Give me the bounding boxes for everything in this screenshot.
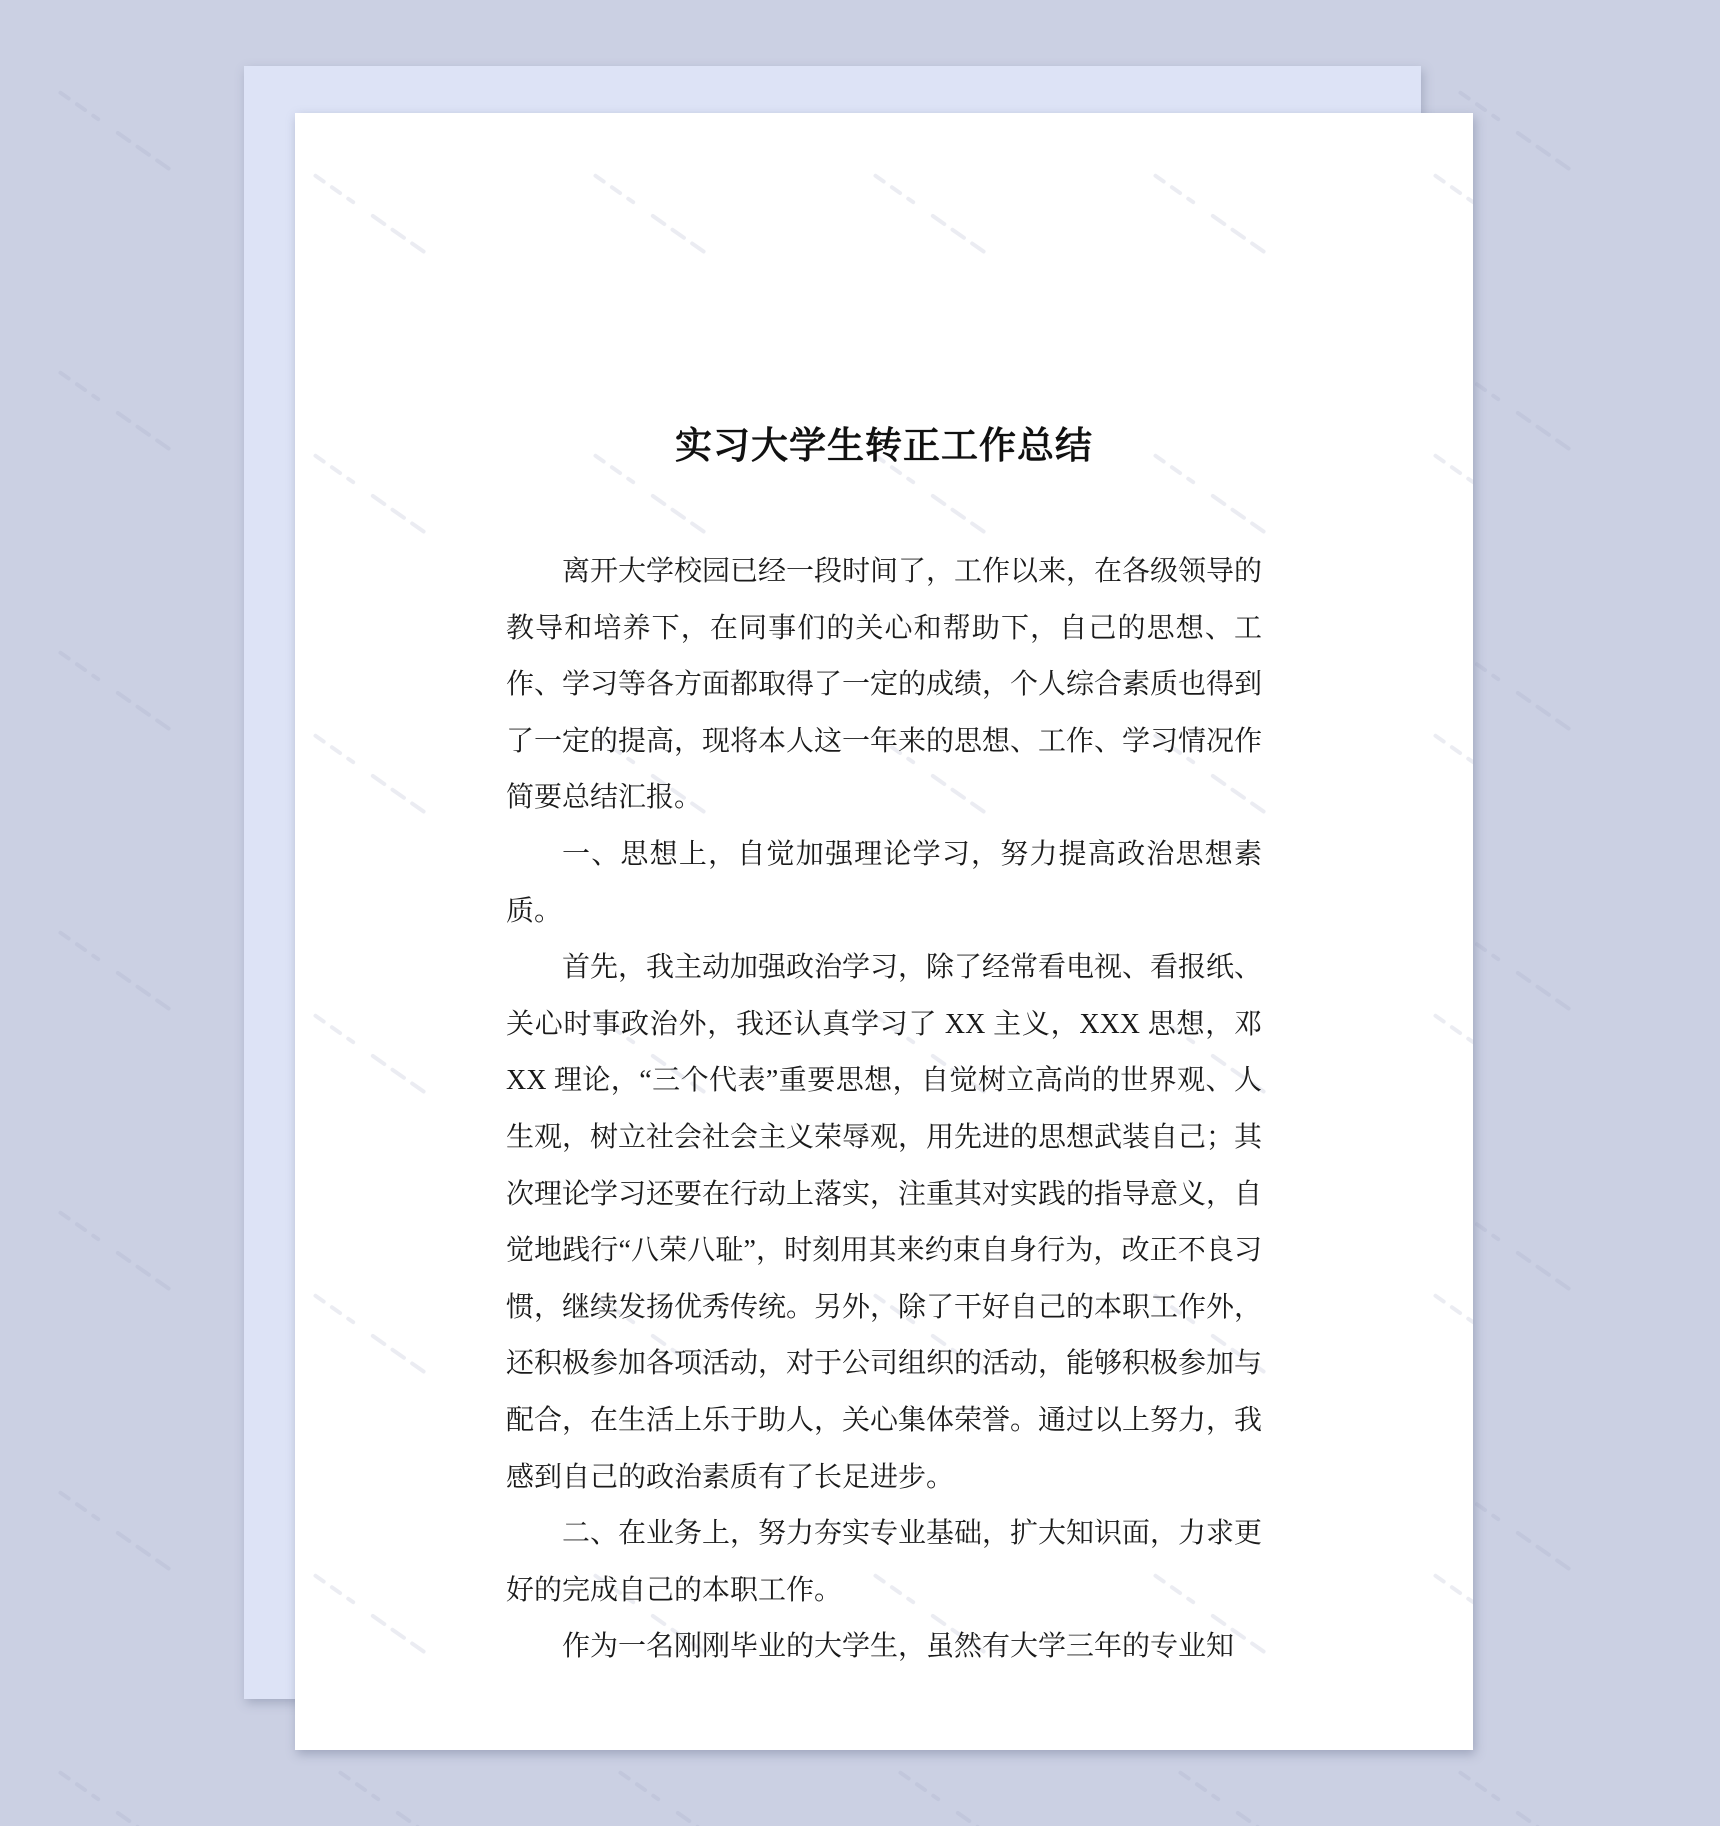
paragraph-business: 作为一名刚刚毕业的大学生，虽然有大学三年的专业知 (506, 1619, 1262, 1676)
paragraph-intro: 离开大学校园已经一段时间了，工作以来，在各级领导的教导和培养下，在同事们的关心和… (506, 544, 1262, 827)
section-heading-ideology: 一、思想上，自觉加强理论学习，努力提高政治思想素质。 (506, 827, 1262, 940)
paragraph-ideology: 首先，我主动加强政治学习，除了经常看电视、看报纸、关心时事政治外，我还认真学习了… (506, 940, 1262, 1506)
document-body: 离开大学校园已经一段时间了，工作以来，在各级领导的教导和培养下，在同事们的关心和… (506, 544, 1262, 1676)
document-page: 实习大学生转正工作总结 离开大学校园已经一段时间了，工作以来，在各级领导的教导和… (295, 113, 1473, 1750)
document-title: 实习大学生转正工作总结 (295, 415, 1473, 469)
section-heading-business: 二、在业务上，努力夯实专业基础，扩大知识面，力求更好的完成自己的本职工作。 (506, 1506, 1262, 1619)
